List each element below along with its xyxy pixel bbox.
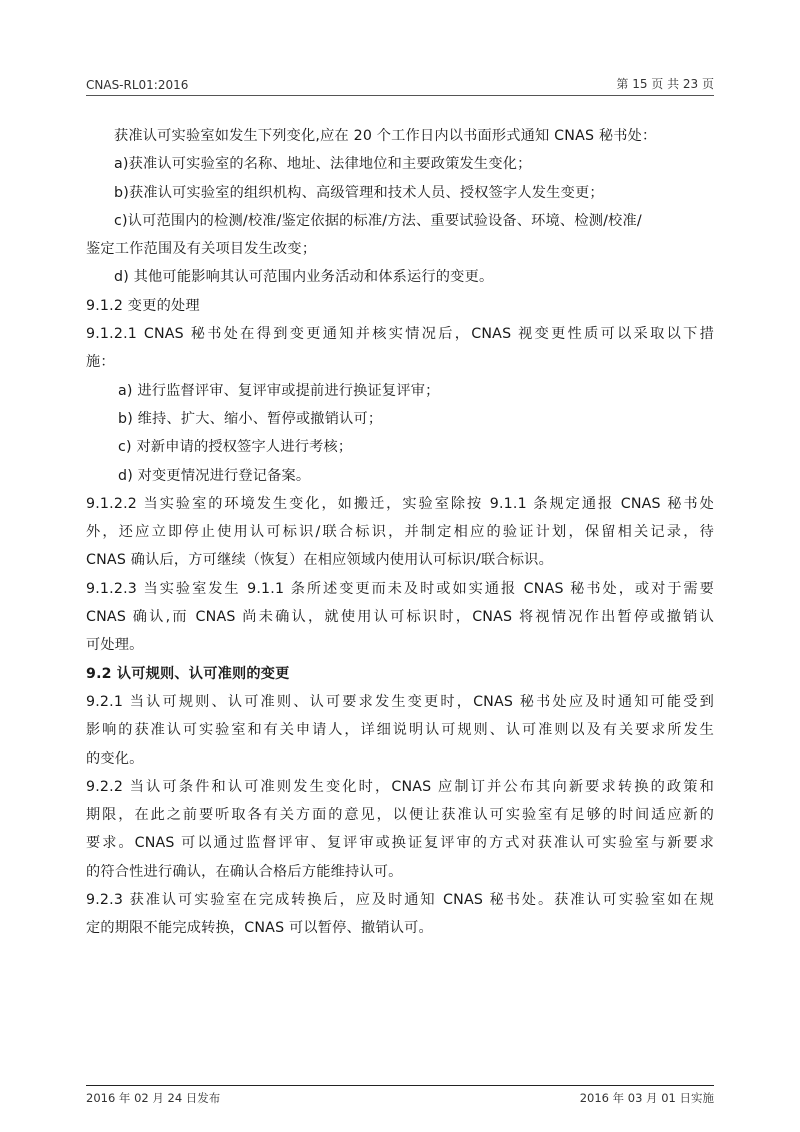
page-number: 第 15 页 共 23 页 <box>616 75 714 92</box>
clause-9-1-2-1-line1: 9.1.2.1 CNAS 秘书处在得到变更通知并核实情况后，CNAS 视变更性质… <box>86 320 714 348</box>
paragraph-intro: 获准认可实验室如发生下列变化,应在 20 个工作日内以书面形式通知 CNAS 秘… <box>86 122 714 150</box>
clause-9-2-1-line1: 9.2.1 当认可规则、认可准则、认可要求发生变更时，CNAS 秘书处应及时通知… <box>86 688 714 716</box>
clause-9-2-1-line2: 影响的获准认可实验室和有关申请人，详细说明认可规则、认可准则以及有关要求所发生 <box>86 716 714 744</box>
clause-9-2-2-line2: 期限，在此之前要听取各有关方面的意见，以便让获准认可实验室有足够的时间适应新的 <box>86 801 714 829</box>
clause-9-2-2-line4: 的符合性进行确认，在确认合格后方能维持认可。 <box>86 858 714 886</box>
clause-9-1-2-3-line1: 9.1.2.3 当实验室发生 9.1.1 条所述变更而未及时或如实通报 CNAS… <box>86 575 714 603</box>
clause-9-1-2-2-line2: 外，还应立即停止使用认可标识/联合标识，并制定相应的验证计划，保留相关记录，待 <box>86 518 714 546</box>
page-header: CNAS-RL01:2016 第 15 页 共 23 页 <box>86 72 714 96</box>
measure-item-d: d) 对变更情况进行登记备案。 <box>86 462 714 490</box>
measure-item-c: c) 对新申请的授权签字人进行考核； <box>86 433 714 461</box>
section-heading-9-2: 9.2 认可规则、认可准则的变更 <box>86 660 714 688</box>
list-item-c-line2: 鉴定工作范围及有关项目发生改变； <box>86 235 714 263</box>
clause-9-1-2-3-line2: CNAS 确认,而 CNAS 尚未确认，就使用认可标识时，CNAS 将视情况作出… <box>86 603 714 631</box>
clause-9-1-2-1-line2: 施： <box>86 348 714 376</box>
list-item-c-line1: c)认可范围内的检测/校准/鉴定依据的标准/方法、重要试验设备、环境、检测/校准… <box>86 207 714 235</box>
clause-9-2-2-line1: 9.2.2 当认可条件和认可准则发生变化时，CNAS 应制订并公布其向新要求转换… <box>86 773 714 801</box>
list-item-a: a)获准认可实验室的名称、地址、法律地位和主要政策发生变化； <box>86 150 714 178</box>
section-heading-9-1-2: 9.1.2 变更的处理 <box>86 292 714 320</box>
clause-9-2-2-line3: 要求。CNAS 可以通过监督评审、复评审或换证复评审的方式对获准认可实验室与新要… <box>86 829 714 857</box>
list-item-b: b)获准认可实验室的组织机构、高级管理和技术人员、授权签字人发生变更； <box>86 179 714 207</box>
measure-item-a: a) 进行监督评审、复评审或提前进行换证复评审； <box>86 377 714 405</box>
list-item-d: d) 其他可能影响其认可范围内业务活动和体系运行的变更。 <box>86 263 714 291</box>
effective-date: 2016 年 03 月 01 日实施 <box>580 1090 714 1106</box>
clause-9-2-1-line3: 的变化。 <box>86 745 714 773</box>
clause-9-1-2-2-line1: 9.1.2.2 当实验室的环境发生变化，如搬迁，实验室除按 9.1.1 条规定通… <box>86 490 714 518</box>
document-body: 获准认可实验室如发生下列变化,应在 20 个工作日内以书面形式通知 CNAS 秘… <box>86 122 714 943</box>
clause-9-1-2-2-line3: CNAS 确认后，方可继续（恢复）在相应领域内使用认可标识/联合标识。 <box>86 546 714 574</box>
issue-date: 2016 年 02 月 24 日发布 <box>86 1090 220 1106</box>
page-footer: 2016 年 02 月 24 日发布 2016 年 03 月 01 日实施 <box>86 1085 714 1106</box>
clause-9-1-2-3-line3: 可处理。 <box>86 631 714 659</box>
clause-9-2-3-line1: 9.2.3 获准认可实验室在完成转换后，应及时通知 CNAS 秘书处。获准认可实… <box>86 886 714 914</box>
document-id: CNAS-RL01:2016 <box>86 78 188 92</box>
measure-item-b: b) 维持、扩大、缩小、暂停或撤销认可； <box>86 405 714 433</box>
clause-9-2-3-line2: 定的期限不能完成转换，CNAS 可以暂停、撤销认可。 <box>86 914 714 942</box>
